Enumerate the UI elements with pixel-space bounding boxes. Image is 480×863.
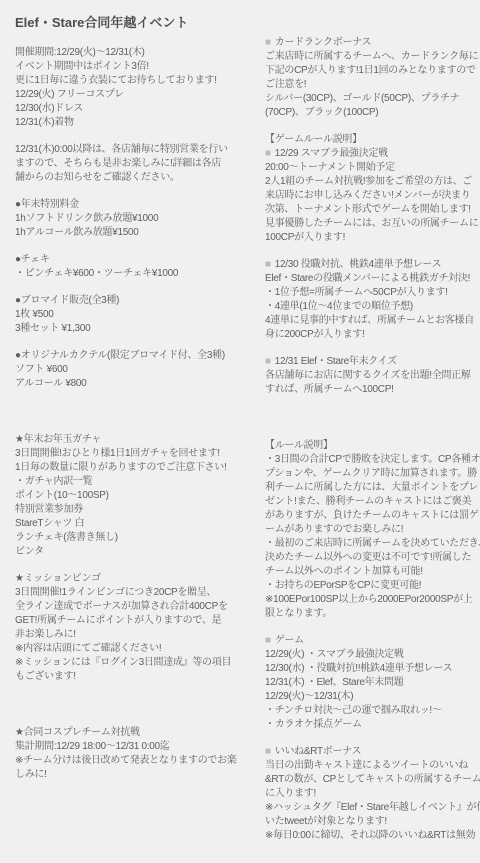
text-line: 来店時にお申し込みください!メンバーが決まり — [265, 189, 478, 203]
text-line: 12/31(木)着物 — [15, 116, 246, 130]
text-line: 集計期間:12/29 18:00〜12/31 0:00迄 — [15, 740, 246, 754]
section-game-schedule: ■ゲーム12/29(火) ・スマブラ最強決定戦12/30(水) ・役職対抗!!桃… — [265, 634, 478, 732]
text-line: ■12/29 スマブラ最強決定戦 — [265, 147, 478, 161]
text-line: (70CP)、ブラック(100CP) — [265, 106, 478, 120]
section-bromide-sales: ●ブロマイド販売(全3種)1枚 ¥5003種セット ¥1,300 — [15, 294, 246, 336]
section-rules-explanation: 【ルール説明】・3日間の合計CPで勝敗を決定します。CP各種オプションや、ゲーム… — [265, 439, 478, 621]
text-line: 見事優勝したチームには、お互いの所属チームに — [265, 217, 478, 231]
text-line: ・4連単(1位〜4位までの順位予想) — [265, 300, 478, 314]
text-line: がありますが、負けたチームのキャストには罰ゲ — [265, 509, 478, 523]
text-line: 利チームに所属した方には、大量ポイントをプレ — [265, 481, 478, 495]
text-line: ★合同コスプレチーム対抗戦 — [15, 726, 246, 740]
text-line: もございます! — [15, 670, 246, 684]
section-new-year-gacha: ★年末お年玉ガチャ3日間開催!おひとり様1日1回ガチャを回せます!1日毎の数量に… — [15, 433, 246, 559]
text-line: 1hソフトドリンク飲み放題¥1000 — [15, 212, 246, 226]
text-line: ゼント!また、勝利チームのキャストにはご褒美 — [265, 495, 478, 509]
section-special-business-notice: 12/31(木)0:00以降は、各店舗毎に特別営業を行いますので、そちらも是非お… — [15, 143, 246, 185]
text-line: ●年末特別料金 — [15, 198, 246, 212]
text-line: ソフト ¥600 — [15, 363, 246, 377]
text-line: 更に1日毎に違う衣装にてお待ちしております! — [15, 74, 246, 88]
text-line: 3日間開催!1ラインビンゴにつき20CPを贈呈、 — [15, 586, 246, 600]
text-line: ★年末お年玉ガチャ — [15, 433, 246, 447]
text-line: 4連単に見事的中すれば、所属チームとお客様自 — [265, 314, 478, 328]
text-line: ビンタ — [15, 545, 246, 559]
text-line: 非お楽しみに! — [15, 628, 246, 642]
text-line: 1日毎の数量に限りがありますのでご注意下さい! — [15, 461, 246, 475]
text-line: 12/30(水) ・役職対抗!!桃鉄4連単予想レース — [265, 662, 478, 676]
page-title: Elef・Stare合同年越イベント — [15, 12, 246, 31]
text-line: 特別営業参加券 — [15, 503, 246, 517]
text-line: StareTシャツ 白 — [15, 517, 246, 531]
text-line: &RTの数が、CPとしてキャストの所属するチーム — [265, 773, 478, 787]
text-line: 限となります。 — [265, 607, 478, 621]
text-line: 20:00〜トーナメント開始予定 — [265, 161, 478, 175]
text-line: GET!所属チームにポイントが入りますので、是 — [15, 614, 246, 628]
text-line: 舗からのお知らせをご確認ください。 — [15, 171, 246, 185]
text-line: プションや、ゲームクリア時に加算されます。勝 — [265, 467, 478, 481]
text-line: ご注意を! — [265, 78, 478, 92]
text-line: 12/30(水)ドレス — [15, 102, 246, 116]
text-line: ※毎日0:00に締切、それ以降のいいね&RTは無効 — [265, 829, 478, 843]
section-header-text: ゲーム — [275, 635, 304, 646]
text-line: ●ブロマイド販売(全3種) — [15, 294, 246, 308]
text-line: 1枚 ¥500 — [15, 308, 246, 322]
text-line: ※100EPor100SP以上から2000EPor2000SPが上 — [265, 593, 478, 607]
section-header-text: 12/31 Elef・Stare年末クイズ — [275, 356, 397, 367]
text-line: 当日の出勤キャスト達によるツイートのいいね — [265, 759, 478, 773]
section-cosplay-team-battle: ★合同コスプレチーム対抗戦集計期間:12/29 18:00〜12/31 0:00… — [15, 726, 246, 782]
text-line: ■12/30 役職対抗、桃鉄4連単予想レース — [265, 258, 478, 272]
right-column: ■カードランクボーナスご来店時に所属するチームへ、カードランク毎に下記のCPが入… — [250, 0, 480, 863]
text-line: 12/29(火)〜12/31(木) — [265, 690, 478, 704]
square-bullet-icon: ■ — [265, 259, 271, 270]
text-line: しみに! — [15, 768, 246, 782]
text-line: ■12/31 Elef・Stare年末クイズ — [265, 355, 478, 369]
section-original-cocktail: ●オリジナルカクテル(限定ブロマイド付、全3種)ソフト ¥600アルコール ¥8… — [15, 349, 246, 391]
section-year-end-quiz: ■12/31 Elef・Stare年末クイズ各店舗毎にお店に関するクイズを出題!… — [265, 355, 478, 397]
text-line: 開催期間:12/29(火)〜12/31(木) — [15, 46, 246, 60]
text-line: ・1位予想=所属チームへ50CPが入ります! — [265, 286, 478, 300]
text-line: 【ゲームルール説明】 — [265, 133, 478, 147]
section-event-overview: 開催期間:12/29(火)〜12/31(木)イベント期間中はポイント3倍!更に1… — [15, 46, 246, 130]
text-line: ・チンチロ対決〜己の運で掴み取れッ!〜 — [265, 704, 478, 718]
text-line: チーム以外へのポイント加算も可能! — [265, 565, 478, 579]
text-line: 【ルール説明】 — [265, 439, 478, 453]
section-card-rank-bonus: ■カードランクボーナスご来店時に所属するチームへ、カードランク毎に下記のCPが入… — [265, 36, 478, 120]
text-line: 100CPが入ります! — [265, 231, 478, 245]
section-mission-bingo: ★ミッションビンゴ3日間開催!1ラインビンゴにつき20CPを贈呈、全ライン達成で… — [15, 572, 246, 684]
text-line: シルバー(30CP)、ゴールド(50CP)、プラチナ — [265, 92, 478, 106]
square-bullet-icon: ■ — [265, 746, 271, 757]
text-line: いたtweetが対象となります! — [265, 815, 478, 829]
text-line: 3日間開催!おひとり様1日1回ガチャを回せます! — [15, 447, 246, 461]
text-line: ポイント(10〜100SP) — [15, 489, 246, 503]
section-like-rt-bonus: ■いいね&RTボーナス当日の出勤キャスト達によるツイートのいいね&RTの数が、C… — [265, 745, 478, 843]
square-bullet-icon: ■ — [265, 148, 271, 159]
text-line: ・お持ちのEPorSPをCPに変更可能! — [265, 579, 478, 593]
text-line: 全ライン達成でボーナスが加算され合計400CPを — [15, 600, 246, 614]
text-line: ご来店時に所属するチームへ、カードランク毎に — [265, 50, 478, 64]
section-momotetsu-prediction-race: ■12/30 役職対抗、桃鉄4連単予想レースElef・Stareの役職メンバーに… — [265, 258, 478, 342]
event-flyer: Elef・Stare合同年越イベント 開催期間:12/29(火)〜12/31(木… — [0, 0, 480, 863]
text-line: 決めたチーム以外への変更は不可です!所属した — [265, 551, 478, 565]
section-header-text: 12/30 役職対抗、桃鉄4連単予想レース — [275, 259, 442, 270]
text-line: ※内容は店頭にてご確認ください! — [15, 642, 246, 656]
section-header-text: いいね&RTボーナス — [275, 746, 361, 757]
left-column: Elef・Stare合同年越イベント 開催期間:12/29(火)〜12/31(木… — [0, 0, 250, 863]
text-line: ■カードランクボーナス — [265, 36, 478, 50]
text-line: ますので、そちらも是非お楽しみに!詳細は各店 — [15, 157, 246, 171]
section-header-text: 12/29 スマブラ最強決定戦 — [275, 148, 388, 159]
text-line: 1hアルコール飲み放題¥1500 — [15, 226, 246, 240]
text-line: 次第、トーナメント形式でゲームを開始します! — [265, 203, 478, 217]
text-line: すれば、所属チームへ100CP! — [265, 383, 478, 397]
text-line: ームがありますのでお楽しみに! — [265, 523, 478, 537]
left-sections: 開催期間:12/29(火)〜12/31(木)イベント期間中はポイント3倍!更に1… — [15, 46, 246, 782]
text-line: イベント期間中はポイント3倍! — [15, 60, 246, 74]
text-line: 下記のCPが入ります!1日1回のみとなりますので — [265, 64, 478, 78]
section-header-text: カードランクボーナス — [275, 37, 371, 48]
section-game-rules-smash-tournament: 【ゲームルール説明】■12/29 スマブラ最強決定戦20:00〜トーナメント開始… — [265, 133, 478, 245]
text-line: ・カラオケ採点ゲーム — [265, 718, 478, 732]
text-line: 12/29(火) ・スマブラ最強決定戦 — [265, 648, 478, 662]
text-line: 各店舗毎にお店に関するクイズを出題!全問正解 — [265, 369, 478, 383]
text-line: 12/31(木) ・Elef、Stare年末問題 — [265, 676, 478, 690]
text-line: ・最初のご来店時に所属チームを決めていただき、 — [265, 537, 478, 551]
text-line: 12/31(木)0:00以降は、各店舗毎に特別営業を行い — [15, 143, 246, 157]
text-line: 身に200CPが入ります! — [265, 328, 478, 342]
text-line: 2人1組のチーム対抗戦!参加をご希望の方は、ご — [265, 175, 478, 189]
text-line: に入ります! — [265, 787, 478, 801]
text-line: ・ピンチェキ¥600・ツーチェキ¥1000 — [15, 267, 246, 281]
text-line: ●チェキ — [15, 253, 246, 267]
text-line: ・3日間の合計CPで勝敗を決定します。CP各種オ — [265, 453, 478, 467]
right-sections: ■カードランクボーナスご来店時に所属するチームへ、カードランク毎に下記のCPが入… — [265, 36, 478, 843]
section-year-end-special-price: ●年末特別料金1hソフトドリンク飲み放題¥10001hアルコール飲み放題¥150… — [15, 198, 246, 240]
text-line: 3種セット ¥1,300 — [15, 322, 246, 336]
text-line: アルコール ¥800 — [15, 377, 246, 391]
text-line: ★ミッションビンゴ — [15, 572, 246, 586]
text-line: ※ハッシュタグ『Elef・Stare年越しイベント』が付 — [265, 801, 478, 815]
text-line: ※ミッションには『ログイン3日間達成』等の項目 — [15, 656, 246, 670]
section-cheki-price: ●チェキ・ピンチェキ¥600・ツーチェキ¥1000 — [15, 253, 246, 281]
text-line: ■ゲーム — [265, 634, 478, 648]
text-line: ●オリジナルカクテル(限定ブロマイド付、全3種) — [15, 349, 246, 363]
text-line: 12/29(火) フリーコスプレ — [15, 88, 246, 102]
text-line: ■いいね&RTボーナス — [265, 745, 478, 759]
square-bullet-icon: ■ — [265, 37, 271, 48]
text-line: Elef・Stareの役職メンバーによる桃鉄ガチ対決! — [265, 272, 478, 286]
text-line: ※チーム分けは後日改めて発表となりますのでお楽 — [15, 754, 246, 768]
text-line: ・ガチャ内訳一覧 — [15, 475, 246, 489]
text-line: ランチェキ(落書き無し) — [15, 531, 246, 545]
square-bullet-icon: ■ — [265, 356, 271, 367]
square-bullet-icon: ■ — [265, 635, 271, 646]
